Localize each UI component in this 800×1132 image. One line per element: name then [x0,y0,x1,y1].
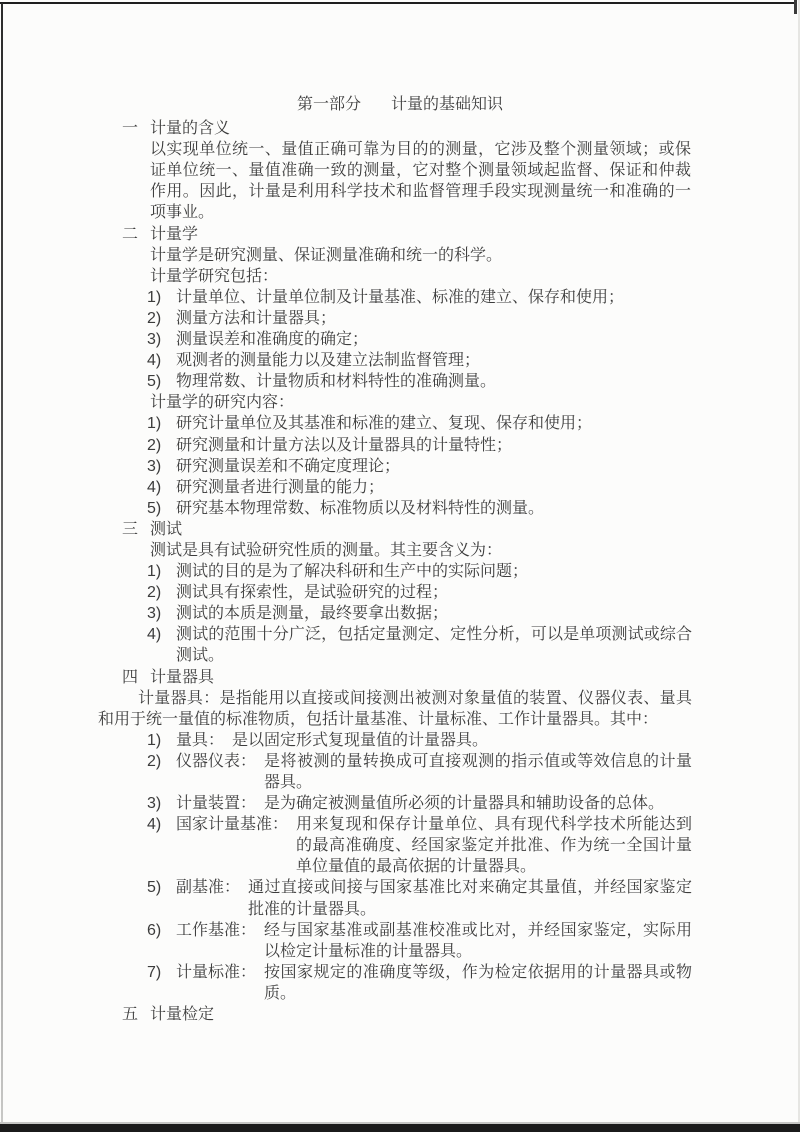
section-number: 三 [122,519,150,540]
list-item-number: 6) [147,920,176,962]
list-item-number: 2) [147,308,176,329]
section-number: 一 [122,118,150,139]
section-heading-1: 一 计量的含义 [98,118,692,139]
doc-title-main: 计量的基础知识 [391,94,503,115]
list-item-number: 5) [147,498,176,519]
list-item: 7) 计量标准： 按国家规定的准确度等级，作为检定依据用的计量器具或物质。 [147,962,692,1004]
list-item-text: 研究基本物理常数、标准物质以及材料特性的测量。 [176,498,692,519]
section-4-paragraph: 计量器具：是指能用以直接或间接测出被测对象量值的装置、仪器仪表、量具和用于统一量… [98,688,692,730]
doc-title: 第一部分 计量的基础知识 [98,94,692,115]
doc-title-part: 第一部分 [297,94,361,115]
list-item-number: 4) [147,814,176,877]
list-item-text: 按国家规定的准确度等级，作为检定依据用的计量器具或物质。 [264,962,692,1004]
list-item-label: 计量装置： [176,793,256,814]
page-edge-bottom [0,1122,800,1132]
list-item-number: 4) [147,350,176,371]
list-item-number: 1) [147,561,176,582]
section-title: 计量检定 [150,1004,214,1025]
list-item-text: 经与国家基准或副基准校准或比对，并经国家鉴定，实际用以检定计量标准的计量器具。 [264,920,692,962]
list-item: 1) 研究计量单位及其基准和标准的建立、复现、保存和使用； [147,413,692,434]
list-item-number: 4) [147,477,176,498]
section-heading-4: 四 计量器具 [98,667,692,688]
section-heading-3: 三 测试 [98,519,692,540]
list-item: 5) 物理常数、计量物质和材料特性的准确测量。 [147,371,692,392]
list-item: 6) 工作基准： 经与国家基准或副基准校准或比对，并经国家鉴定，实际用以检定计量… [147,920,692,962]
list-item-number: 4) [147,624,176,666]
section-2-intro: 计量学是研究测量、保证测量准确和统一的科学。 [150,245,691,266]
list-item-number: 1) [147,413,176,434]
list-item-number: 2) [147,435,176,456]
list-item-label: 计量标准： [176,962,256,1004]
list-item-text: 是以固定形式复现量值的计量器具。 [232,730,692,751]
list-item: 4) 测试的范围十分广泛，包括定量测定、定性分析，可以是单项测试或综合测试。 [147,624,692,666]
section-title: 计量学 [150,224,198,245]
list-item-text: 研究测量者进行测量的能力； [176,477,692,498]
list-item-text: 研究测量和计量方法以及计量器具的计量特性； [176,435,692,456]
list-item-text: 物理常数、计量物质和材料特性的准确测量。 [176,371,692,392]
list-item-number: 1) [147,287,176,308]
list-item-label: 仪器仪表： [176,751,256,793]
list-item: 5) 研究基本物理常数、标准物质以及材料特性的测量。 [147,498,692,519]
list-item: 3) 测量误差和准确度的确定； [147,329,692,350]
list-item-text: 是将被测的量转换成可直接观测的指示值或等效信息的计量器具。 [264,751,692,793]
list-item-number: 1) [147,730,176,751]
list-item: 2) 测量方法和计量器具； [147,308,692,329]
list-item-text: 测量误差和准确度的确定； [176,329,692,350]
list-item: 2) 研究测量和计量方法以及计量器具的计量特性； [147,435,692,456]
section-2-list1-head: 计量学研究包括： [150,266,691,287]
section-number: 五 [122,1004,150,1025]
section-heading-5: 五 计量检定 [98,1004,692,1025]
list-item-text: 研究测量误差和不确定度理论； [176,456,692,477]
list-item: 3) 研究测量误差和不确定度理论； [147,456,692,477]
list-item-number: 3) [147,603,176,624]
list-item: 5) 副基准： 通过直接或间接与国家基准比对来确定其量值，并经国家鉴定批准的计量… [147,877,692,919]
list-item: 2) 测试具有探索性，是试验研究的过程； [147,582,692,603]
list-item-number: 3) [147,793,176,814]
list-item-number: 3) [147,329,176,350]
list-item: 1) 计量单位、计量单位制及计量基准、标准的建立、保存和使用； [147,287,692,308]
list-item: 2) 仪器仪表： 是将被测的量转换成可直接观测的指示值或等效信息的计量器具。 [147,751,692,793]
section-number: 四 [122,667,150,688]
page-corner-mark [794,0,797,14]
section-heading-2: 二 计量学 [98,224,692,245]
page-edge-left [1,3,3,1123]
page-edge-top [0,2,794,4]
list-item-text: 研究计量单位及其基准和标准的建立、复现、保存和使用； [176,413,692,434]
list-item-label: 工作基准： [176,920,256,962]
section-number: 二 [122,224,150,245]
list-item-label: 国家计量基准： [176,814,288,877]
list-item-text: 用来复现和保存计量单位、具有现代科学技术所能达到的最高准确度、经国家鉴定并批准、… [296,814,692,877]
list-item-text: 计量单位、计量单位制及计量基准、标准的建立、保存和使用； [176,287,692,308]
list-item: 3) 计量装置： 是为确定被测量值所必须的计量器具和辅助设备的总体。 [147,793,692,814]
list-item: 4) 国家计量基准： 用来复现和保存计量单位、具有现代科学技术所能达到的最高准确… [147,814,692,877]
section-title: 计量的含义 [150,118,230,139]
section-1-paragraph: 以实现单位统一、量值正确可靠为目的的测量，它涉及整个测量领域；或保证单位统一、量… [150,139,691,223]
list-item: 4) 研究测量者进行测量的能力； [147,477,692,498]
list-item-text: 测量方法和计量器具； [176,308,692,329]
list-item-text: 测试的范围十分广泛，包括定量测定、定性分析，可以是单项测试或综合测试。 [176,624,692,666]
list-item-number: 5) [147,877,176,919]
section-3-intro: 测试是具有试验研究性质的测量。其主要含义为： [150,540,691,561]
list-item-number: 5) [147,371,176,392]
list-item-text: 测试的目的是为了解决科研和生产中的实际问题； [176,561,692,582]
document-content: 第一部分 计量的基础知识 一 计量的含义 以实现单位统一、量值正确可靠为目的的测… [98,94,692,1025]
list-item-number: 7) [147,962,176,1004]
list-item-text: 是为确定被测量值所必须的计量器具和辅助设备的总体。 [264,793,692,814]
list-item-number: 3) [147,456,176,477]
list-item: 1) 测试的目的是为了解决科研和生产中的实际问题； [147,561,692,582]
section-title: 测试 [150,519,182,540]
list-item: 3) 测试的本质是测量，最终要拿出数据； [147,603,692,624]
list-item: 4) 观测者的测量能力以及建立法制监督管理； [147,350,692,371]
section-2-list2-head: 计量学的研究内容： [150,392,691,413]
list-item-text: 测试的本质是测量，最终要拿出数据； [176,603,692,624]
list-item-text: 观测者的测量能力以及建立法制监督管理； [176,350,692,371]
list-item-text: 测试具有探索性，是试验研究的过程； [176,582,692,603]
list-item-text: 通过直接或间接与国家基准比对来确定其量值，并经国家鉴定批准的计量器具。 [248,877,692,919]
list-item: 1) 量具： 是以固定形式复现量值的计量器具。 [147,730,692,751]
list-item-label: 副基准： [176,877,240,919]
document-page: 第一部分 计量的基础知识 一 计量的含义 以实现单位统一、量值正确可靠为目的的测… [0,0,800,1132]
list-item-number: 2) [147,751,176,793]
list-item-number: 2) [147,582,176,603]
section-title: 计量器具 [150,667,214,688]
list-item-label: 量具： [176,730,224,751]
